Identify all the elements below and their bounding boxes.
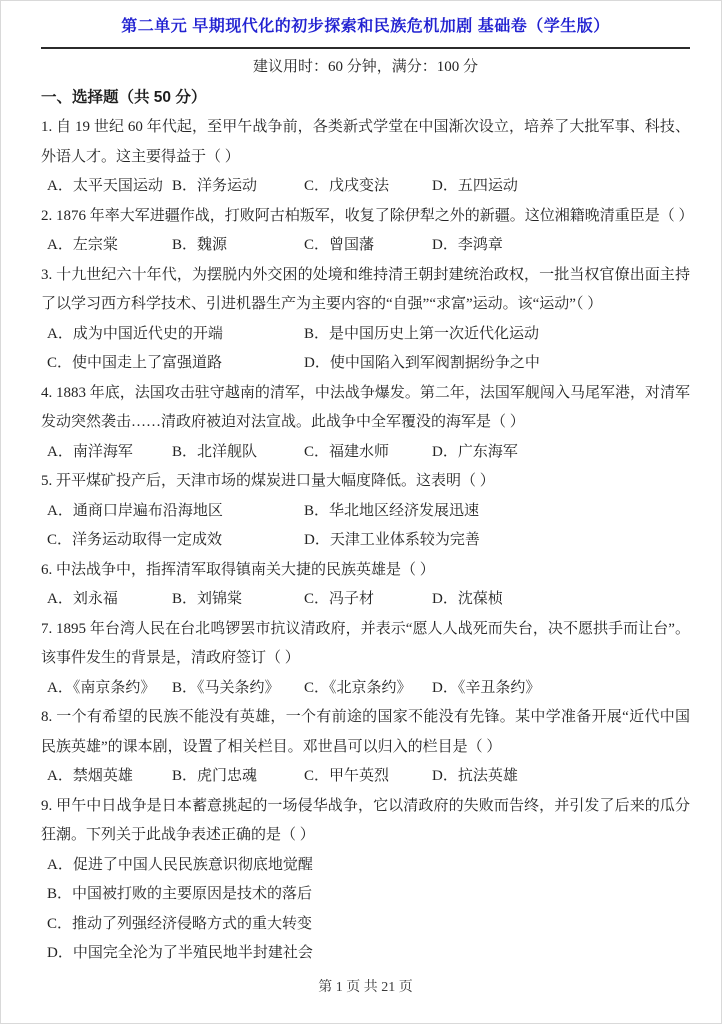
question-4-options: A．南洋海军 B．北洋舰队 C．福建水师 D．广东海军 — [41, 438, 690, 468]
option-d: D．沈葆桢 — [432, 585, 690, 615]
option-b: B．华北地区经济发展迅速 — [304, 497, 690, 527]
page-title: 第二单元 早期现代化的初步探索和民族危机加剧 基础卷（学生版） — [41, 14, 690, 39]
option-b: B．洋务运动 — [172, 172, 304, 202]
option-d: D．五四运动 — [432, 172, 690, 202]
option-c: C．洋务运动取得一定成效 — [47, 526, 304, 556]
option-a: A．《南京条约》 — [47, 674, 172, 704]
option-d: D．抗法英雄 — [432, 762, 690, 792]
option-c: C．推动了列强经济侵略方式的重大转变 — [47, 910, 690, 940]
page-number: 第 1 页 共 21 页 — [41, 978, 690, 998]
option-a: A．太平天国运动 — [47, 172, 172, 202]
option-d: D．《辛丑条约》 — [432, 674, 690, 704]
option-a: A．通商口岸遍布沿海地区 — [47, 497, 304, 527]
question-6-stem: 6. 中法战争中，指挥清军取得镇南关大捷的民族英雄是（ ） — [41, 556, 690, 586]
question-4: 4. 1883 年底，法国攻击驻守越南的清军，中法战争爆发。第二年，法国军舰闯入… — [41, 379, 690, 468]
question-7-options: A．《南京条约》 B．《马关条约》 C．《北京条约》 D．《辛丑条约》 — [41, 674, 690, 704]
section-heading: 一、选择题（共 50 分） — [41, 83, 690, 113]
option-a: A．促进了中国人民民族意识彻底地觉醒 — [47, 851, 690, 881]
option-a: A．左宗棠 — [47, 231, 172, 261]
question-1-stem: 1. 自 19 世纪 60 年代起，至甲午战争前，各类新式学堂在中国渐次设立，培… — [41, 113, 690, 172]
option-c: C．戊戌变法 — [304, 172, 432, 202]
option-b: B．刘锦棠 — [172, 585, 304, 615]
option-a: A．成为中国近代史的开端 — [47, 320, 304, 350]
question-5-stem: 5. 开平煤矿投产后，天津市场的煤炭进口量大幅度降低。这表明（ ） — [41, 467, 690, 497]
question-9-stem: 9. 甲午中日战争是日本蓄意挑起的一场侵华战争，它以清政府的失败而告终，并引发了… — [41, 792, 690, 851]
question-9-options: A．促进了中国人民民族意识彻底地觉醒 B．中国被打败的主要原因是技术的落后 C．… — [41, 851, 690, 969]
question-3-options: A．成为中国近代史的开端 B．是中国历史上第一次近代化运动 C．使中国走上了富强… — [41, 320, 690, 379]
option-b: B．虎门忠魂 — [172, 762, 304, 792]
option-c: C．使中国走上了富强道路 — [47, 349, 304, 379]
option-c: C．曾国藩 — [304, 231, 432, 261]
question-2-stem: 2. 1876 年率大军进疆作战，打败阿古柏叛军，收复了除伊犁之外的新疆。这位湘… — [41, 202, 690, 232]
option-d: D．李鸿章 — [432, 231, 690, 261]
option-b: B．《马关条约》 — [172, 674, 304, 704]
option-c: C．福建水师 — [304, 438, 432, 468]
question-8-options: A．禁烟英雄 B．虎门忠魂 C．甲午英烈 D．抗法英雄 — [41, 762, 690, 792]
time-score-line: 建议用时：60 分钟，满分：100 分 — [41, 53, 690, 81]
question-8-stem: 8. 一个有希望的民族不能没有英雄，一个有前途的国家不能没有先锋。某中学准备开展… — [41, 703, 690, 762]
question-4-stem: 4. 1883 年底，法国攻击驻守越南的清军，中法战争爆发。第二年，法国军舰闯入… — [41, 379, 690, 438]
question-3-stem: 3. 十九世纪六十年代，为摆脱内外交困的处境和维持清王朝封建统治政权，一批当权官… — [41, 261, 690, 320]
question-5-options: A．通商口岸遍布沿海地区 B．华北地区经济发展迅速 C．洋务运动取得一定成效 D… — [41, 497, 690, 556]
option-b: B．魏源 — [172, 231, 304, 261]
question-7: 7. 1895 年台湾人民在台北鸣锣罢市抗议清政府，并表示“愿人人战死而失台，决… — [41, 615, 690, 704]
option-b: B．是中国历史上第一次近代化运动 — [304, 320, 690, 350]
option-a: A．刘永福 — [47, 585, 172, 615]
option-c: C．冯子材 — [304, 585, 432, 615]
option-a: A．南洋海军 — [47, 438, 172, 468]
question-6: 6. 中法战争中，指挥清军取得镇南关大捷的民族英雄是（ ） A．刘永福 B．刘锦… — [41, 556, 690, 615]
exam-paper-page: 第二单元 早期现代化的初步探索和民族危机加剧 基础卷（学生版） 建议用时：60 … — [0, 0, 722, 1024]
question-5: 5. 开平煤矿投产后，天津市场的煤炭进口量大幅度降低。这表明（ ） A．通商口岸… — [41, 467, 690, 556]
question-9: 9. 甲午中日战争是日本蓄意挑起的一场侵华战争，它以清政府的失败而告终，并引发了… — [41, 792, 690, 969]
option-d: D．天津工业体系较为完善 — [304, 526, 690, 556]
question-1: 1. 自 19 世纪 60 年代起，至甲午战争前，各类新式学堂在中国渐次设立，培… — [41, 113, 690, 202]
option-d: D．广东海军 — [432, 438, 690, 468]
title-divider — [41, 47, 690, 49]
question-3: 3. 十九世纪六十年代，为摆脱内外交困的处境和维持清王朝封建统治政权，一批当权官… — [41, 261, 690, 379]
question-1-options: A．太平天国运动 B．洋务运动 C．戊戌变法 D．五四运动 — [41, 172, 690, 202]
question-8: 8. 一个有希望的民族不能没有英雄，一个有前途的国家不能没有先锋。某中学准备开展… — [41, 703, 690, 792]
option-d: D．中国完全沦为了半殖民地半封建社会 — [47, 939, 690, 969]
option-c: C．甲午英烈 — [304, 762, 432, 792]
option-c: C．《北京条约》 — [304, 674, 432, 704]
option-b: B．北洋舰队 — [172, 438, 304, 468]
option-b: B．中国被打败的主要原因是技术的落后 — [47, 880, 690, 910]
question-7-stem: 7. 1895 年台湾人民在台北鸣锣罢市抗议清政府，并表示“愿人人战死而失台，决… — [41, 615, 690, 674]
question-2: 2. 1876 年率大军进疆作战，打败阿古柏叛军，收复了除伊犁之外的新疆。这位湘… — [41, 202, 690, 261]
option-a: A．禁烟英雄 — [47, 762, 172, 792]
question-2-options: A．左宗棠 B．魏源 C．曾国藩 D．李鸿章 — [41, 231, 690, 261]
option-d: D．使中国陷入到军阀割据纷争之中 — [304, 349, 690, 379]
question-6-options: A．刘永福 B．刘锦棠 C．冯子材 D．沈葆桢 — [41, 585, 690, 615]
